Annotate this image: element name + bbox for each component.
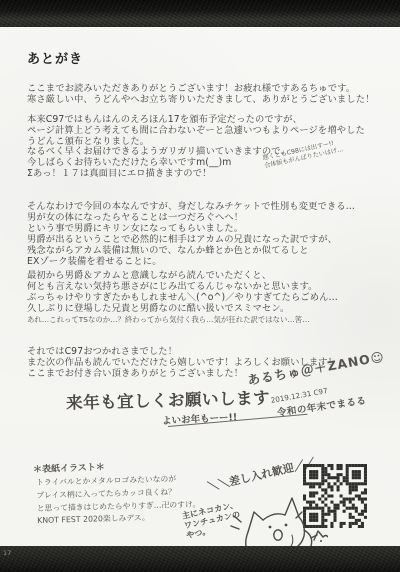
page-number: 17 (3, 549, 11, 557)
cover-note-lines: トライバルとかメタルロゴみたいなのが プレイス柄に入ってたらカッコ良くね？ と思… (36, 473, 201, 528)
gift-note: ＼＼差し入れ歓迎／／ (206, 454, 317, 494)
paragraph-apology: 最初から男爵＆アカムと意識しながら読んでいただくと、 何とも言えない気持ち悪さが… (27, 271, 338, 315)
book-cover-bottom (0, 546, 400, 572)
handwritten-new-year: 来年も宜しくお願いします (66, 384, 271, 413)
cover-texture (0, 546, 400, 572)
cover-texture (0, 0, 400, 27)
paragraph-story: そんなわけで今回の本なんですが、身だしなみチケットで性別も変更できる… 男が女の… (27, 202, 355, 267)
cat-doodle (228, 490, 328, 546)
paragraph-thanks: ここまでお読みいただきありがとうございます！お疲れ様ですあるちゅです。 寒さ厳し… (27, 84, 375, 106)
book-cover-top (0, 0, 400, 27)
page-title: あとがき (27, 48, 83, 67)
scanned-book-photo: { "colors": { "cover": "#1b1b19", "paper… (0, 0, 400, 572)
paragraph-vol17: なるべく早くお届けできるようガリガリ描いていきますので、 今しばらくお待ちいただ… (27, 147, 290, 180)
cover-note-title: ＊表紙イラスト＊ (33, 460, 105, 475)
afterword-page: あとがき ここまでお読みいただきありがとうございます！お疲れ様ですあるちゅです。… (0, 27, 400, 546)
paragraph-apology-small: あれ…これってTSなのか…？終わってから気付く我ら…気が狂れた訳ではない…筈… (27, 315, 310, 324)
